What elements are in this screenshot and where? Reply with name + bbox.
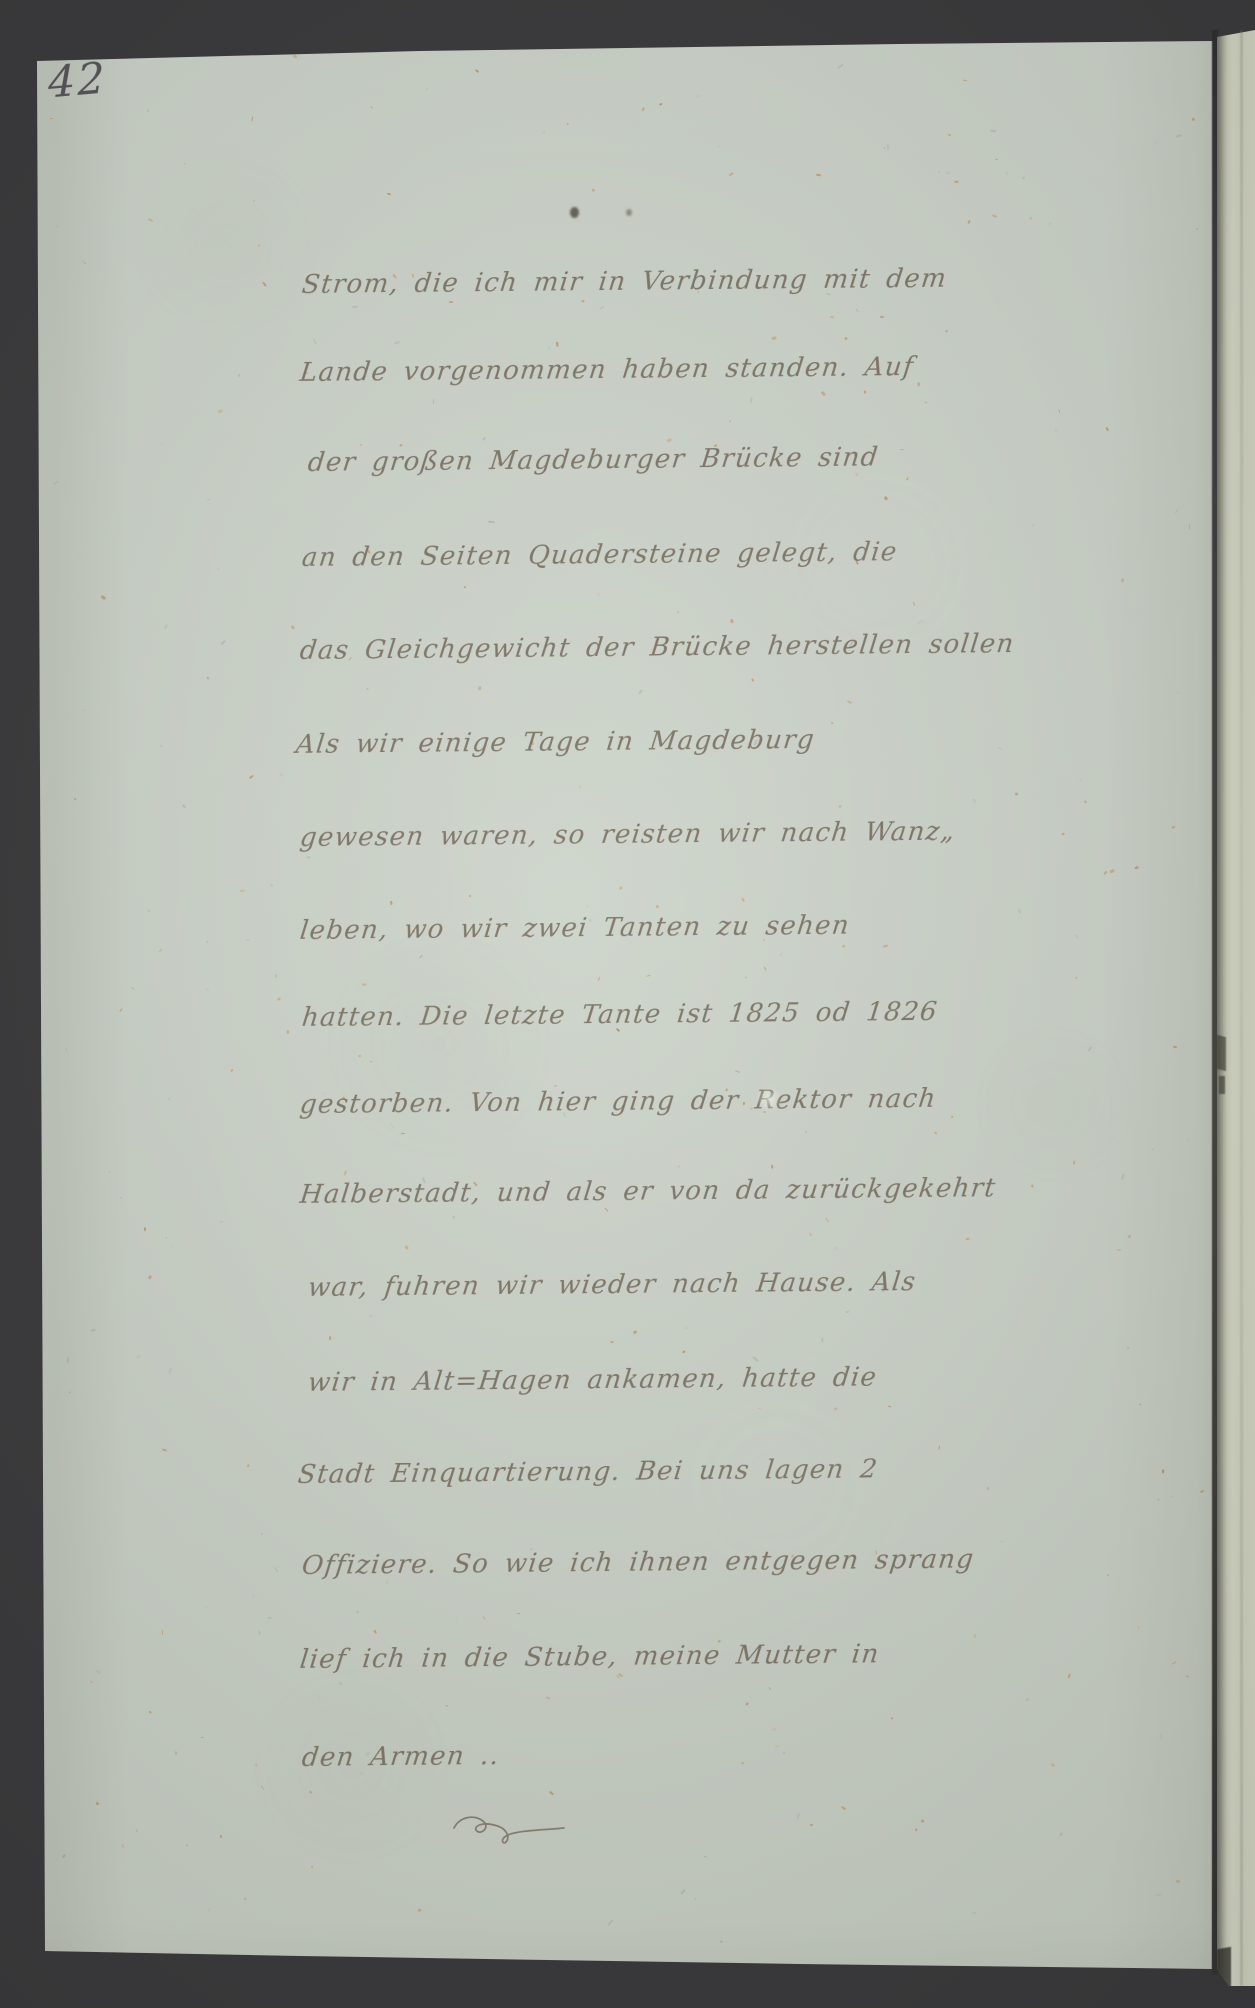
handwriting-line-15: Offiziere. So wie ich ihnen entgegen spr…: [300, 1545, 976, 1581]
handwriting-line-6: Als wir einige Tage in Magdeburg: [294, 725, 816, 760]
paper-flaw-spot: [756, 1086, 782, 1112]
handwriting-line-4: an den Seiten Quadersteine gelegt, die: [300, 537, 899, 573]
handwriting-line-13: wir in Alt=Hagen ankamen, hatte die: [306, 1363, 879, 1398]
facing-leaf-edge: [1217, 30, 1255, 1986]
scan-background: 42 Strom, die ich mir in Verbindung mit …: [0, 0, 1255, 2008]
handwriting-line-8: leben, wo wir zwei Tanten zu sehen: [298, 911, 851, 946]
binding-stain: [1217, 1035, 1226, 1071]
handwriting-line-17: den Armen ..: [300, 1741, 501, 1773]
flourish-mark: [450, 1812, 570, 1846]
manuscript-page: 42 Strom, die ich mir in Verbindung mit …: [0, 0, 1255, 2008]
handwriting-line-3: der großen Magdeburger Brücke sind: [306, 443, 880, 478]
handwriting-line-12: war, fuhren wir wieder nach Hause. Als: [306, 1267, 918, 1303]
handwriting-line-14: Stadt Einquartierung. Bei uns lagen 2: [296, 1454, 879, 1490]
ink-smudge: [626, 209, 632, 216]
handwriting-line-16: lief ich in die Stube, meine Mutter in: [298, 1639, 881, 1675]
leaf-crease: [1240, 30, 1243, 1986]
handwriting-line-11: Halberstadt, und als er von da zurückgek…: [298, 1173, 998, 1210]
handwriting-line-5: das Gleichgewicht der Brücke herstellen …: [298, 629, 1016, 666]
handwriting-line-2: Lande vorgenommen haben standen. Auf: [298, 352, 915, 388]
handwriting-line-9: hatten. Die letzte Tante ist 1825 od 182…: [300, 997, 939, 1033]
binding-stain: [1219, 1076, 1225, 1094]
handwriting-line-7: gewesen waren, so reisten wir nach Wanz„: [298, 817, 957, 853]
handwriting-line-1: Strom, die ich mir in Verbindung mit dem: [300, 264, 948, 300]
binding-stain: [1217, 1947, 1231, 1989]
handwriting-line-10: gestorben. Von hier ging der Rektor nach: [298, 1084, 938, 1120]
page-number: 42: [48, 53, 107, 108]
ink-smudge: [570, 207, 579, 218]
